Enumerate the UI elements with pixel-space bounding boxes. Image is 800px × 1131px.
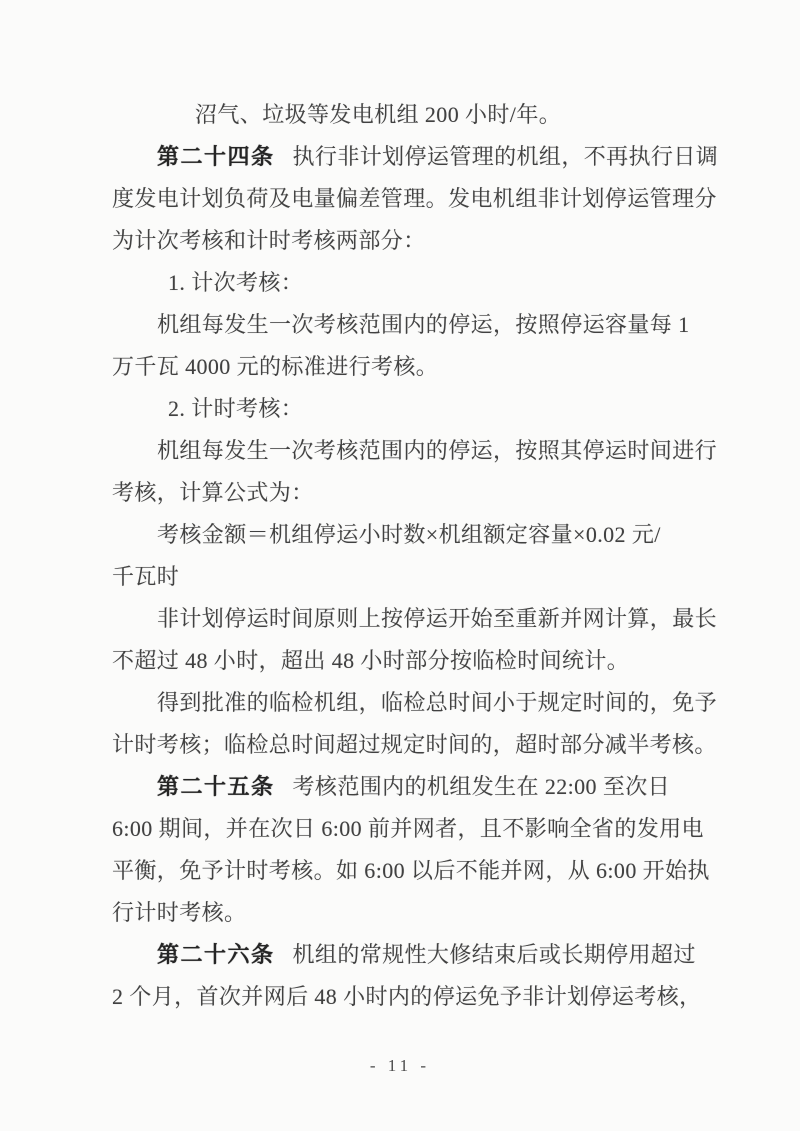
line-text: 非计划停运时间原则上按停运开始至重新并网计算，最长 [157, 606, 717, 631]
text-line: 计时考核；临检总时间超过规定时间的，超时部分减半考核。 [112, 724, 692, 766]
article-number: 第二十四条 [157, 144, 275, 169]
line-text: 2. 计时考核： [168, 396, 303, 421]
line-text: 机组每发生一次考核范围内的停运，按照停运容量每 1 [157, 312, 690, 337]
line-text: 6:00 期间，并在次日 6:00 前并网者，且不影响全省的发用电 [112, 816, 704, 841]
page-number: - 11 - [370, 1056, 430, 1075]
text-line: 度发电计划负荷及电量偏差管理。发电机组非计划停运管理分 [112, 178, 692, 220]
line-text: 平衡，免予计时考核。如 6:00 以后不能并网，从 6:00 开始执 [112, 858, 710, 883]
text-line: 非计划停运时间原则上按停运开始至重新并网计算，最长 [112, 598, 692, 640]
text-line: 第二十四条执行非计划停运管理的机组，不再执行日调 [112, 136, 692, 178]
text-line: 万千瓦 4000 元的标准进行考核。 [112, 346, 692, 388]
text-line: 为计次考核和计时考核两部分： [112, 220, 692, 262]
document-page: 沼气、垃圾等发电机组 200 小时/年。第二十四条执行非计划停运管理的机组，不再… [0, 0, 800, 1131]
article-number: 第二十六条 [157, 942, 275, 967]
text-line: 行计时考核。 [112, 892, 692, 934]
line-text: 机组每发生一次考核范围内的停运，按照其停运时间进行 [157, 438, 717, 463]
document-body: 沼气、垃圾等发电机组 200 小时/年。第二十四条执行非计划停运管理的机组，不再… [112, 94, 692, 1018]
line-text: 考核，计算公式为： [112, 480, 314, 505]
article-text: 执行非计划停运管理的机组，不再执行日调 [293, 144, 719, 169]
article-text: 机组的常规性大修结束后或长期停用超过 [293, 942, 696, 967]
text-line: 考核金额＝机组停运小时数×机组额定容量×0.02 元/ [112, 514, 692, 556]
text-line: 不超过 48 小时，超出 48 小时部分按临检时间统计。 [112, 640, 692, 682]
text-line: 机组每发生一次考核范围内的停运，按照其停运时间进行 [112, 430, 692, 472]
text-line: 考核，计算公式为： [112, 472, 692, 514]
line-text: 计时考核；临检总时间超过规定时间的，超时部分减半考核。 [112, 732, 717, 757]
page-footer: - 11 - [0, 1056, 800, 1076]
line-text: 千瓦时 [112, 564, 179, 589]
line-text: 不超过 48 小时，超出 48 小时部分按临检时间统计。 [112, 648, 629, 673]
line-text: 沼气、垃圾等发电机组 200 小时/年。 [195, 102, 561, 127]
text-line: 1. 计次考核： [112, 262, 692, 304]
text-line: 第二十六条机组的常规性大修结束后或长期停用超过 [112, 934, 692, 976]
text-line: 得到批准的临检机组，临检总时间小于规定时间的，免予 [112, 682, 692, 724]
text-line: 平衡，免予计时考核。如 6:00 以后不能并网，从 6:00 开始执 [112, 850, 692, 892]
line-text: 度发电计划负荷及电量偏差管理。发电机组非计划停运管理分 [112, 186, 717, 211]
text-line: 2. 计时考核： [112, 388, 692, 430]
line-text: 行计时考核。 [112, 900, 246, 925]
text-line: 第二十五条考核范围内的机组发生在 22:00 至次日 [112, 766, 692, 808]
text-line: 沼气、垃圾等发电机组 200 小时/年。 [112, 94, 692, 136]
line-text: 考核金额＝机组停运小时数×机组额定容量×0.02 元/ [157, 522, 661, 547]
article-number: 第二十五条 [157, 774, 275, 799]
text-line: 6:00 期间，并在次日 6:00 前并网者，且不影响全省的发用电 [112, 808, 692, 850]
line-text: 得到批准的临检机组，临检总时间小于规定时间的，免予 [157, 690, 717, 715]
line-text: 万千瓦 4000 元的标准进行考核。 [112, 354, 438, 379]
line-text: 2 个月，首次并网后 48 小时内的停运免予非计划停运考核， [112, 984, 702, 1009]
article-text: 考核范围内的机组发生在 22:00 至次日 [293, 774, 671, 799]
text-line: 千瓦时 [112, 556, 692, 598]
line-text: 1. 计次考核： [168, 270, 303, 295]
text-line: 机组每发生一次考核范围内的停运，按照停运容量每 1 [112, 304, 692, 346]
text-line: 2 个月，首次并网后 48 小时内的停运免予非计划停运考核， [112, 976, 692, 1018]
line-text: 为计次考核和计时考核两部分： [112, 228, 426, 253]
